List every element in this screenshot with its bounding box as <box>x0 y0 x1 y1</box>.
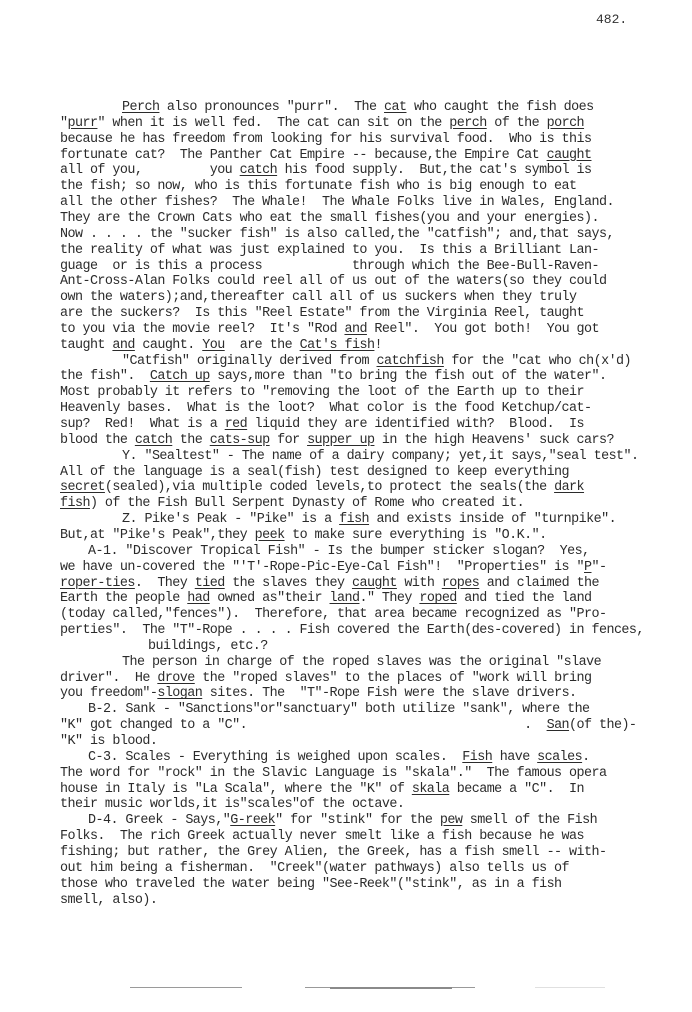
text-line: we have un-covered the "'T'-Rope-Pic-Eye… <box>60 560 606 576</box>
text-line: secret(sealed),via multiple coded levels… <box>60 480 584 496</box>
text-line: perties". The "T"-Rope . . . . Fish cove… <box>60 623 644 639</box>
text-line: guage or is this a process through which… <box>60 259 599 275</box>
text-line: the fish; so now, who is this fortunate … <box>60 179 577 195</box>
text-line: smell, also). <box>60 893 157 909</box>
text-line: Z. Pike's Peak - "Pike" is a fish and ex… <box>122 512 616 528</box>
text-line: Heavenly bases. What is the loot? What c… <box>60 401 592 417</box>
text-line: Ant-Cross-Alan Folks could reel all of u… <box>60 274 606 290</box>
text-line: all of you, you catch his food supply. B… <box>60 163 592 179</box>
text-line: Now . . . . the "sucker fish" is also ca… <box>60 227 614 243</box>
text-line: because he has freedom from looking for … <box>60 132 592 148</box>
text-line: house in Italy is "La Scala", where the … <box>60 782 584 798</box>
text-line: the reality of what was just explained t… <box>60 243 599 259</box>
text-line: Folks. The rich Greek actually never sme… <box>60 829 584 845</box>
text-line: you freedom"-slogan sites. The "T"-Rope … <box>60 686 577 702</box>
text-line: Most probably it refers to "removing the… <box>60 385 584 401</box>
text-line: buildings, etc.? <box>148 639 268 655</box>
text-line: (today called,"fences"). Therefore, that… <box>60 607 606 623</box>
text-line: The person in charge of the roped slaves… <box>122 655 601 671</box>
text-line: Perch also pronounces "purr". The cat wh… <box>122 100 594 116</box>
text-line: They are the Crown Cats who eat the smal… <box>60 211 599 227</box>
text-line: driver". He drove the "roped slaves" to … <box>60 671 592 687</box>
text-line: fortunate cat? The Panther Cat Empire --… <box>60 148 592 164</box>
text-line: fish) of the Fish Bull Serpent Dynasty o… <box>60 496 524 512</box>
text-line: taught and caught. You are the Cat's fis… <box>60 338 382 354</box>
footer-mark-left <box>130 987 242 988</box>
text-line: fishing; but rather, the Grey Alien, the… <box>60 845 606 861</box>
footer-mark-center-dark <box>330 987 452 989</box>
text-line: D-4. Greek - Says,"G-reek" for "stink" f… <box>88 813 597 829</box>
text-line: Y. "Sealtest" - The name of a dairy comp… <box>122 449 639 465</box>
text-line: sup? Red! What is a red liquid they are … <box>60 417 584 433</box>
text-line: those who traveled the water being "See-… <box>60 877 562 893</box>
text-line: A-1. "Discover Tropical Fish" - Is the b… <box>88 544 590 560</box>
text-line: But,at "Pike's Peak",they peek to make s… <box>60 528 547 544</box>
footer-mark-right <box>535 987 605 988</box>
text-line: out him being a fisherman. "Creek"(water… <box>60 861 569 877</box>
text-line: "K" is blood. <box>60 734 157 750</box>
text-line: The word for "rock" in the Slavic Langua… <box>60 766 606 782</box>
text-line: "purr" when it is well fed. The cat can … <box>60 116 584 132</box>
text-line: the fish". Catch up says,more than "to b… <box>60 369 606 385</box>
text-line: C-3. Scales - Everything is weighed upon… <box>88 750 590 766</box>
page-number: 482. <box>596 12 627 27</box>
text-line: All of the language is a seal(fish) test… <box>60 465 569 481</box>
text-line: to you via the movie reel? It's "Rod and… <box>60 322 599 338</box>
text-line: are the suckers? Is this "Reel Estate" f… <box>60 306 584 322</box>
text-line: their music worlds,it is"scales"of the o… <box>60 797 404 813</box>
text-line: "Catfish" originally derived from catchf… <box>122 354 631 370</box>
text-line: B-2. Sank - "Sanctions"or"sanctuary" bot… <box>88 702 590 718</box>
text-line: roper-ties. They tied the slaves they ca… <box>60 576 599 592</box>
text-line: Earth the people had owned as"their land… <box>60 591 592 607</box>
text-line: "K" got changed to a "C". . San(of the)- <box>60 718 636 734</box>
text-line: own the waters);and,thereafter call all … <box>60 290 577 306</box>
text-line: all the other fishes? The Whale! The Wha… <box>60 195 614 211</box>
text-line: blood the catch the cats-sup for supper … <box>60 433 614 449</box>
